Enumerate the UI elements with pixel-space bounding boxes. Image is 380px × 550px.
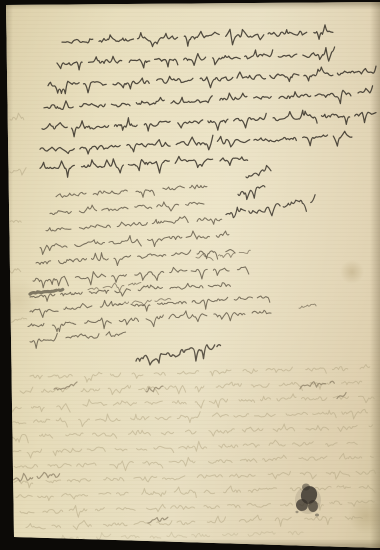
handwritten-line [48, 66, 376, 94]
handwritten-line [10, 409, 368, 427]
handwritten-line [12, 472, 60, 481]
handwritten-line [56, 185, 207, 197]
handwritten-line [40, 131, 352, 154]
verso-showthrough [10, 113, 376, 545]
handwritten-line [14, 453, 373, 470]
paper-sheet [0, 0, 380, 550]
handwritten-line [10, 220, 21, 222]
handwritten-line [10, 168, 26, 175]
handwritten-line [42, 110, 376, 137]
handwritten-line [44, 86, 373, 110]
handwritten-line [10, 113, 24, 120]
handwritten-line [20, 381, 362, 394]
ink-blot-spot [315, 514, 319, 517]
handwritten-line [238, 186, 265, 200]
handwritten-line [196, 250, 250, 260]
handwritten-line [40, 156, 248, 177]
handwritten-line [14, 470, 376, 488]
handwritten-line [12, 424, 373, 443]
front-paragraph-1 [40, 25, 376, 177]
handwritten-line [57, 47, 335, 70]
handwritten-line [299, 304, 316, 308]
scanned-document [0, 0, 380, 550]
handwritten-line [33, 267, 249, 288]
handwritten-line [88, 283, 141, 292]
handwritten-line [54, 382, 77, 390]
handwritten-line [28, 310, 271, 331]
handwritten-line [26, 515, 362, 529]
handwritten-line [146, 386, 163, 392]
handwritten-line [16, 485, 375, 500]
handwritten-line [10, 318, 27, 322]
handwritten-line [10, 440, 357, 458]
handwritten-line [60, 531, 303, 544]
handwritten-line [50, 202, 204, 215]
handwritten-line [30, 289, 63, 294]
handwritten-line [30, 296, 270, 317]
handwritten-line [46, 216, 222, 231]
handwriting-layer [0, 0, 380, 550]
handwritten-line [30, 332, 126, 349]
handwritten-line [20, 500, 374, 517]
front-paragraph-2 [28, 185, 271, 348]
crossout-smudge [30, 289, 63, 294]
handwritten-line [62, 25, 333, 47]
ink-blot-spot [296, 511, 299, 513]
handwritten-line [136, 345, 221, 365]
handwritten-line [10, 269, 21, 273]
ink-blot [295, 484, 321, 517]
handwritten-line [226, 195, 315, 218]
handwritten-line [36, 250, 235, 266]
handwritten-line [30, 365, 370, 383]
handwritten-line [246, 166, 271, 178]
front-right-annotations [226, 166, 315, 218]
ink-blot-spot [295, 486, 321, 514]
handwritten-line [300, 381, 334, 389]
signature-flourish [136, 345, 221, 365]
handwritten-line [10, 394, 374, 412]
handwritten-line [30, 283, 230, 302]
